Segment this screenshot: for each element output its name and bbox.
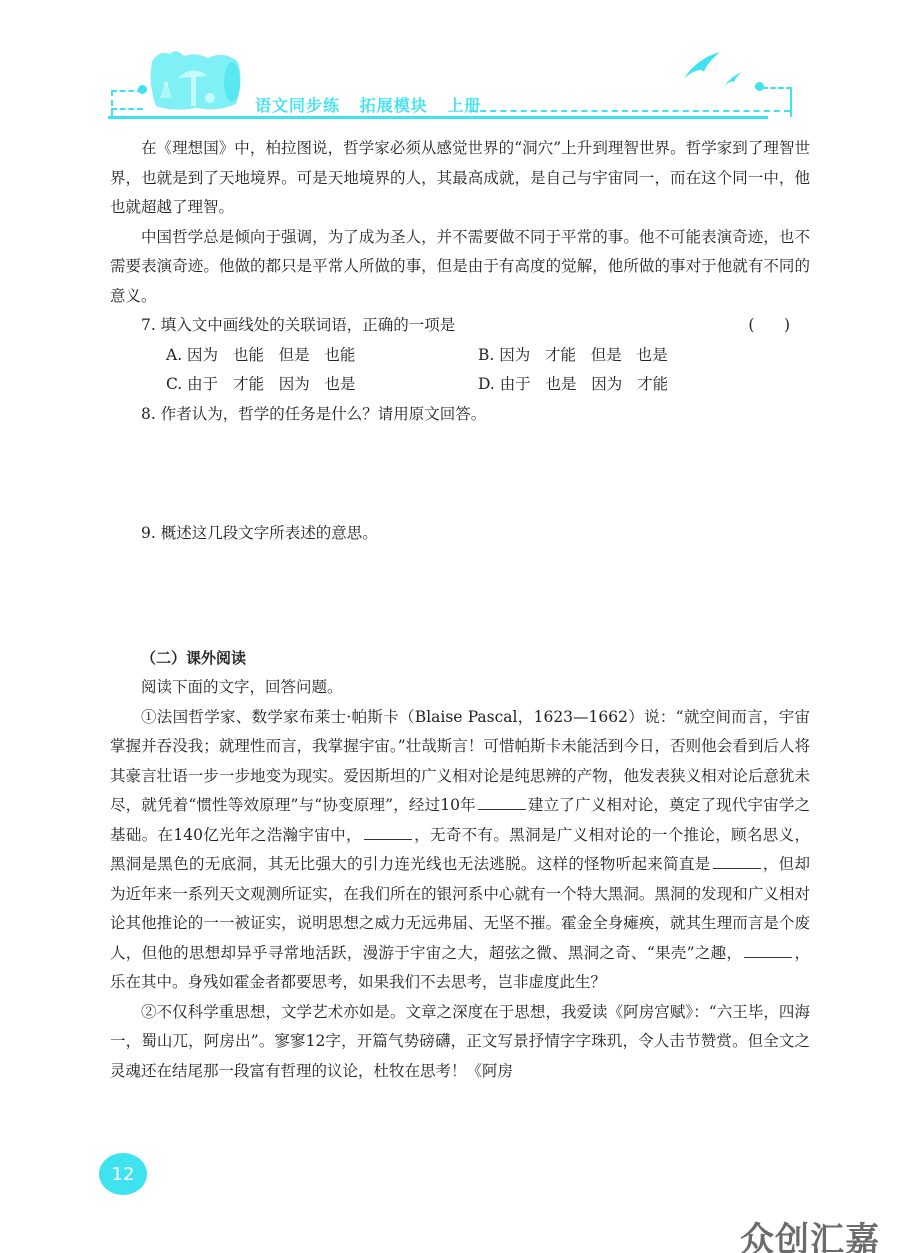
option-d[interactable]: D. 由于 也是 因为 才能: [478, 370, 778, 400]
fill-blank[interactable]: [364, 823, 412, 840]
header-dot-left: [138, 85, 147, 94]
fill-blank[interactable]: [744, 941, 792, 958]
answer-area-8[interactable]: [110, 429, 810, 519]
option-a[interactable]: A. 因为 也能 但是 也能: [166, 341, 478, 371]
header-frame-right-vertical: [790, 87, 792, 117]
question-7-text: 7. 填入文中画线处的关联词语，正确的一项是: [141, 316, 455, 334]
question-9: 9. 概述这几段文字所表述的意思。: [110, 519, 810, 549]
header-title: 语文同步练 拓展模块 上册: [255, 93, 481, 116]
question-7: 7. 填入文中画线处的关联词语，正确的一项是 ( ): [110, 311, 810, 341]
passage-paragraph-2: ②不仅科学重思想，文学艺术亦如是。文章之深度在于思想，我爱读《阿房宫赋》：“六王…: [110, 998, 810, 1087]
answer-area-9[interactable]: [110, 549, 810, 644]
page-number-badge: 12: [99, 1153, 147, 1195]
option-b[interactable]: B. 因为 才能 但是 也是: [478, 341, 778, 371]
birds-icon: [680, 52, 750, 92]
fill-blank[interactable]: [478, 793, 526, 810]
question-8: 8. 作者认为，哲学的任务是什么？请用原文回答。: [110, 400, 810, 430]
header-dashed-frame-left-vertical: [111, 90, 113, 116]
option-c[interactable]: C. 由于 才能 因为 也是: [166, 370, 478, 400]
header-dashed-frame-left-bottom: [111, 108, 143, 110]
passage-paragraph: 中国哲学总是倾向于强调，为了成为圣人，并不需要做不同于平常的事。他不可能表演奇迹…: [110, 223, 810, 312]
header-dashed-frame-right: [762, 87, 792, 89]
section-instruction: 阅读下面的文字，回答问题。: [110, 673, 810, 703]
header-dashed-line: [470, 110, 790, 112]
header-rule: [108, 116, 768, 119]
page-header: 语文同步练 拓展模块 上册: [0, 0, 899, 130]
page-content: 在《理想国》中，柏拉图说，哲学家必须从感觉世界的“洞穴”上升到理智世界。哲学家到…: [110, 134, 810, 1086]
watermark-logo: 众创汇嘉: [740, 1212, 880, 1253]
mushroom-house-illustration-icon: [148, 48, 244, 112]
fill-blank[interactable]: [713, 852, 761, 869]
section-title: （二）课外阅读: [110, 644, 810, 674]
question-7-options: A. 因为 也能 但是 也能 B. 因为 才能 但是 也是 C. 由于 才能 因…: [110, 341, 810, 400]
passage-paragraph-1: ①法国哲学家、数学家布莱士·帕斯卡（Blaise Pascal，1623—166…: [110, 703, 810, 998]
answer-bracket[interactable]: ( ): [748, 311, 790, 341]
passage-paragraph: 在《理想国》中，柏拉图说，哲学家必须从感觉世界的“洞穴”上升到理智世界。哲学家到…: [110, 134, 810, 223]
